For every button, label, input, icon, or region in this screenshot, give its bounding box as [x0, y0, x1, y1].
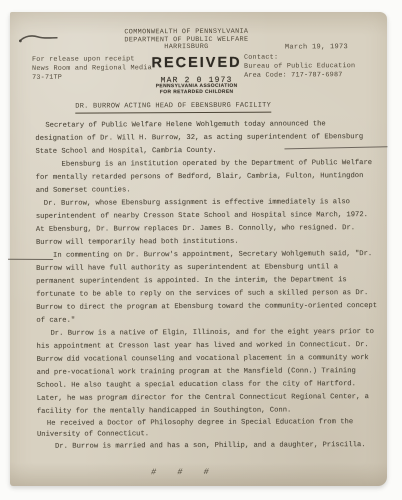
- press-release-page: COMMONWEALTH OF PENNSYLVANIA DEPARTMENT …: [10, 12, 387, 486]
- paragraph: Dr. Burrow is married and has a son, Phi…: [37, 439, 378, 454]
- contact-phone: Area Code: 717-787-6987: [244, 71, 355, 81]
- headline: DR. BURROW ACTING HEAD OF EBENSBURG FACI…: [75, 102, 271, 114]
- pen-mark-left-margin: [8, 259, 53, 261]
- association-stamp-line2: FOR RETARDED CHILDREN: [129, 90, 264, 97]
- paragraph: Dr. Burrow, whose Ebensburg assignment i…: [36, 196, 377, 250]
- paragraph: Ebensburg is an institution operated by …: [36, 157, 377, 198]
- scanned-content: COMMONWEALTH OF PENNSYLVANIA DEPARTMENT …: [9, 11, 388, 487]
- paragraph: He received a Doctor of Philosophy degre…: [37, 417, 378, 441]
- paragraph: In commenting on Dr. Burrow's appointmen…: [36, 248, 377, 328]
- end-marks: # # #: [151, 467, 209, 477]
- press-release-body: Secretary of Public Welfare Helene Wohlg…: [35, 118, 378, 454]
- paragraph: Dr. Burrow is a native of Elgin, Illinoi…: [36, 326, 377, 419]
- association-stamp: PENNSYLVANIA ASSOCIATION FOR RETARDED CH…: [129, 84, 264, 97]
- contact-info-block: Contact: Bureau of Public Education Area…: [244, 53, 355, 81]
- paragraph: Secretary of Public Welfare Helene Wohlg…: [35, 118, 376, 159]
- release-date: March 19, 1973: [285, 43, 348, 51]
